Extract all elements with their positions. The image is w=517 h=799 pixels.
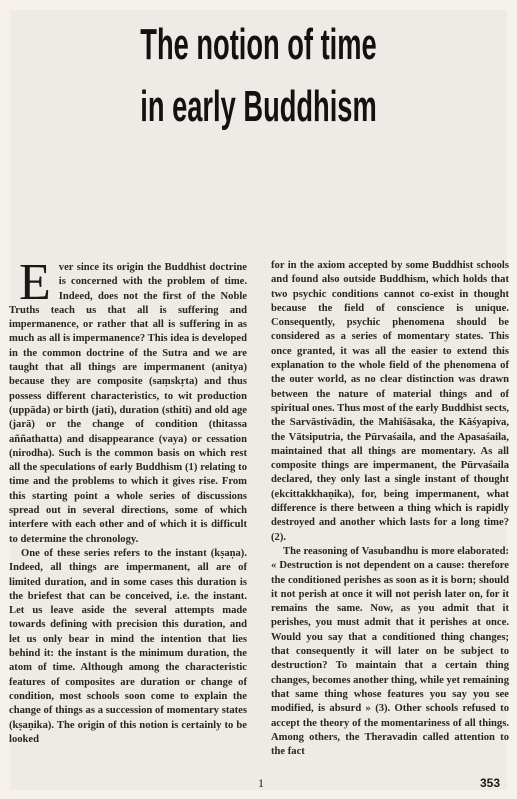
paragraph-2: One of these series refers to the instan… <box>9 547 247 747</box>
drop-cap: E <box>19 263 51 303</box>
right-column: for in the axiom accepted by some Buddhi… <box>271 259 509 759</box>
folio-number: 1 <box>258 776 264 791</box>
title-line-1: The notion of time <box>98 14 419 76</box>
article-title: The notion of time in early Buddhism <box>0 14 517 138</box>
page-number: 353 <box>480 776 500 790</box>
left-column: E ver since its origin the Buddhist doct… <box>9 261 247 747</box>
paragraph-1-text: ver since its origin the Buddhist doctri… <box>9 262 247 545</box>
paragraph-4: The reasoning of Vasubandhu is more elab… <box>271 545 509 759</box>
paragraph-1: E ver since its origin the Buddhist doct… <box>9 261 247 547</box>
paragraph-3: for in the axiom accepted by some Buddhi… <box>271 259 509 545</box>
title-line-2: in early Buddhism <box>98 76 419 138</box>
